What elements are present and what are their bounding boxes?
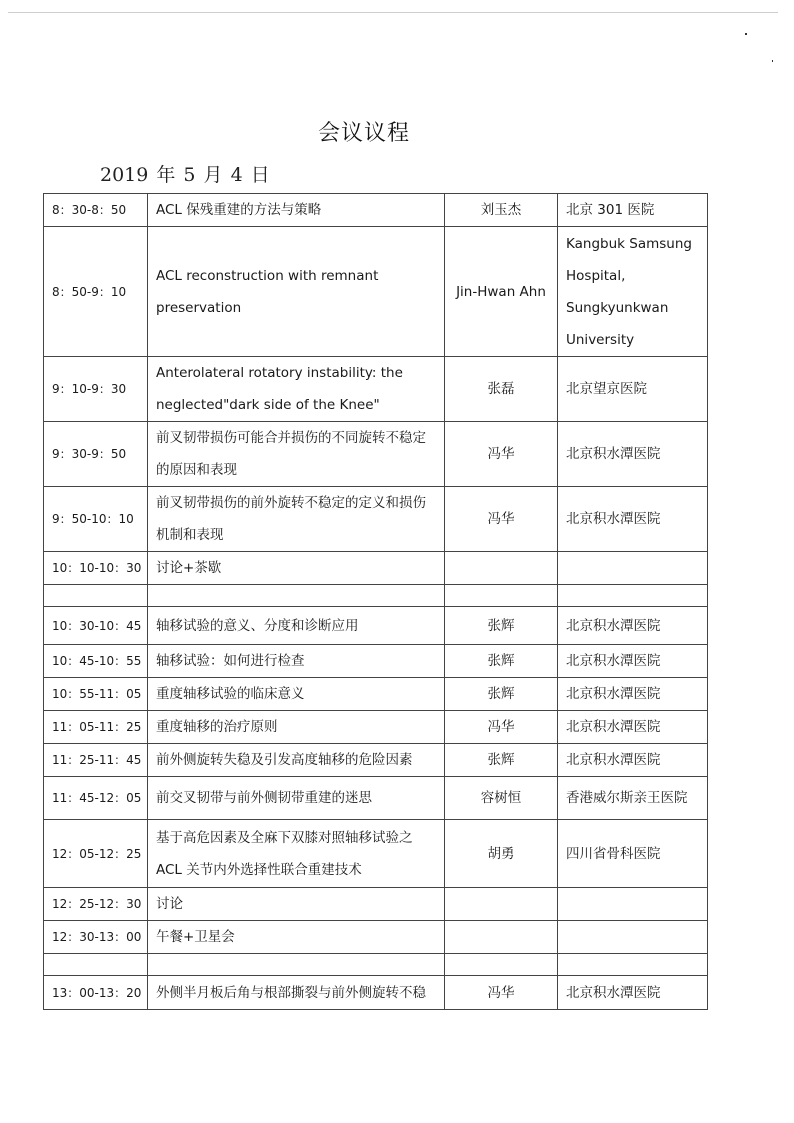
session-speaker <box>445 921 558 954</box>
session-speaker: 冯华 <box>445 487 558 552</box>
session-topic: 重度轴移的治疗原则 <box>148 711 445 744</box>
session-hospital: 四川省骨科医院 <box>558 820 708 888</box>
agenda-row: 11：45-12：05前交叉韧带与前外侧韧带重建的迷思容树恒香港威尔斯亲王医院 <box>44 777 708 820</box>
session-hospital: Kangbuk Samsung Hospital, Sungkyunkwan U… <box>558 227 708 357</box>
agenda-spacer-row <box>44 954 708 976</box>
session-time: 9：30-9：50 <box>44 422 148 487</box>
session-topic: ACL reconstruction with remnant preserva… <box>148 227 445 357</box>
session-topic: 讨论 <box>148 888 445 921</box>
session-time: 11：05-11：25 <box>44 711 148 744</box>
session-speaker: 刘玉杰 <box>445 194 558 227</box>
session-speaker <box>445 888 558 921</box>
session-time: 9：10-9：30 <box>44 357 148 422</box>
session-topic: 前外侧旋转失稳及引发高度轴移的危险因素 <box>148 744 445 777</box>
agenda-row: 13：00-13：20外侧半月板后角与根部撕裂与前外侧旋转不稳冯华北京积水潭医院 <box>44 976 708 1010</box>
agenda-row: 10：30-10：45轴移试验的意义、分度和诊断应用张辉北京积水潭医院 <box>44 607 708 645</box>
session-topic: 前叉韧带损伤的前外旋转不稳定的定义和损伤机制和表现 <box>148 487 445 552</box>
session-speaker: 冯华 <box>445 976 558 1010</box>
session-time: 13：00-13：20 <box>44 976 148 1010</box>
session-speaker: 容树恒 <box>445 777 558 820</box>
session-topic: 基于高危因素及全麻下双膝对照轴移试验之 ACL 关节内外选择性联合重建技术 <box>148 820 445 888</box>
session-time: 12：25-12：30 <box>44 888 148 921</box>
agenda-row: 10：55-11：05重度轴移试验的临床意义张辉北京积水潭医院 <box>44 678 708 711</box>
session-time: 11：45-12：05 <box>44 777 148 820</box>
agenda-row: 9：50-10：10前叉韧带损伤的前外旋转不稳定的定义和损伤机制和表现冯华北京积… <box>44 487 708 552</box>
session-topic: 轴移试验：如何进行检查 <box>148 645 445 678</box>
session-hospital: 北京积水潭医院 <box>558 711 708 744</box>
session-time: 12：30-13：00 <box>44 921 148 954</box>
session-time: 8：30-8：50 <box>44 194 148 227</box>
agenda-spacer-row <box>44 585 708 607</box>
session-speaker: 张辉 <box>445 607 558 645</box>
agenda-row: 12：05-12：25基于高危因素及全麻下双膝对照轴移试验之 ACL 关节内外选… <box>44 820 708 888</box>
session-speaker: 冯华 <box>445 422 558 487</box>
session-hospital: 北京积水潭医院 <box>558 744 708 777</box>
session-topic: Anterolateral rotatory instability: the … <box>148 357 445 422</box>
agenda-row: 10：10-10：30讨论+茶歇 <box>44 552 708 585</box>
session-speaker <box>445 552 558 585</box>
agenda-row: 12：25-12：30讨论 <box>44 888 708 921</box>
session-topic <box>148 585 445 607</box>
session-hospital <box>558 552 708 585</box>
scan-speck <box>745 33 747 35</box>
session-hospital: 北京积水潭医院 <box>558 422 708 487</box>
session-topic <box>148 954 445 976</box>
session-time: 11：25-11：45 <box>44 744 148 777</box>
session-time: 8：50-9：10 <box>44 227 148 357</box>
session-topic: 外侧半月板后角与根部撕裂与前外侧旋转不稳 <box>148 976 445 1010</box>
session-speaker: 冯华 <box>445 711 558 744</box>
session-time: 9：50-10：10 <box>44 487 148 552</box>
session-time <box>44 954 148 976</box>
agenda-row: 12：30-13：00午餐+卫星会 <box>44 921 708 954</box>
session-topic: 午餐+卫星会 <box>148 921 445 954</box>
session-hospital: 北京望京医院 <box>558 357 708 422</box>
session-topic: 前交叉韧带与前外侧韧带重建的迷思 <box>148 777 445 820</box>
agenda-row: 9：10-9：30Anterolateral rotatory instabil… <box>44 357 708 422</box>
session-time: 10：45-10：55 <box>44 645 148 678</box>
agenda-row: 9：30-9：50前叉韧带损伤可能合并损伤的不同旋转不稳定的原因和表现冯华北京积… <box>44 422 708 487</box>
page-title: 会议议程 <box>0 116 728 147</box>
meeting-date: 2019 年 5 月 4 日 <box>100 160 270 187</box>
session-speaker: 胡勇 <box>445 820 558 888</box>
session-time: 10：10-10：30 <box>44 552 148 585</box>
session-hospital: 北京积水潭医院 <box>558 645 708 678</box>
session-speaker: Jin-Hwan Ahn <box>445 227 558 357</box>
session-hospital <box>558 921 708 954</box>
session-hospital: 北京积水潭医院 <box>558 607 708 645</box>
agenda-row: 11：05-11：25重度轴移的治疗原则冯华北京积水潭医院 <box>44 711 708 744</box>
session-hospital <box>558 585 708 607</box>
session-speaker: 张辉 <box>445 678 558 711</box>
agenda-row: 8：50-9：10ACL reconstruction with remnant… <box>44 227 708 357</box>
session-hospital: 北京积水潭医院 <box>558 678 708 711</box>
agenda-row: 8：30-8：50ACL 保残重建的方法与策略刘玉杰北京 301 医院 <box>44 194 708 227</box>
agenda-body: 8：30-8：50ACL 保残重建的方法与策略刘玉杰北京 301 医院8：50-… <box>44 194 708 1010</box>
scan-speck <box>772 60 773 62</box>
session-hospital <box>558 888 708 921</box>
agenda-row: 10：45-10：55轴移试验：如何进行检查张辉北京积水潭医院 <box>44 645 708 678</box>
session-time: 10：55-11：05 <box>44 678 148 711</box>
session-hospital: 北京积水潭医院 <box>558 487 708 552</box>
session-speaker: 张磊 <box>445 357 558 422</box>
session-time: 12：05-12：25 <box>44 820 148 888</box>
session-hospital: 北京积水潭医院 <box>558 976 708 1010</box>
session-hospital: 北京 301 医院 <box>558 194 708 227</box>
session-topic: ACL 保残重建的方法与策略 <box>148 194 445 227</box>
agenda-table: 8：30-8：50ACL 保残重建的方法与策略刘玉杰北京 301 医院8：50-… <box>43 193 708 1010</box>
session-speaker: 张辉 <box>445 744 558 777</box>
session-time <box>44 585 148 607</box>
session-speaker <box>445 585 558 607</box>
session-topic: 讨论+茶歇 <box>148 552 445 585</box>
session-speaker <box>445 954 558 976</box>
agenda-row: 11：25-11：45前外侧旋转失稳及引发高度轴移的危险因素张辉北京积水潭医院 <box>44 744 708 777</box>
session-time: 10：30-10：45 <box>44 607 148 645</box>
scan-edge-line <box>8 12 778 13</box>
session-hospital: 香港威尔斯亲王医院 <box>558 777 708 820</box>
session-hospital <box>558 954 708 976</box>
session-topic: 前叉韧带损伤可能合并损伤的不同旋转不稳定的原因和表现 <box>148 422 445 487</box>
session-topic: 轴移试验的意义、分度和诊断应用 <box>148 607 445 645</box>
session-topic: 重度轴移试验的临床意义 <box>148 678 445 711</box>
session-speaker: 张辉 <box>445 645 558 678</box>
